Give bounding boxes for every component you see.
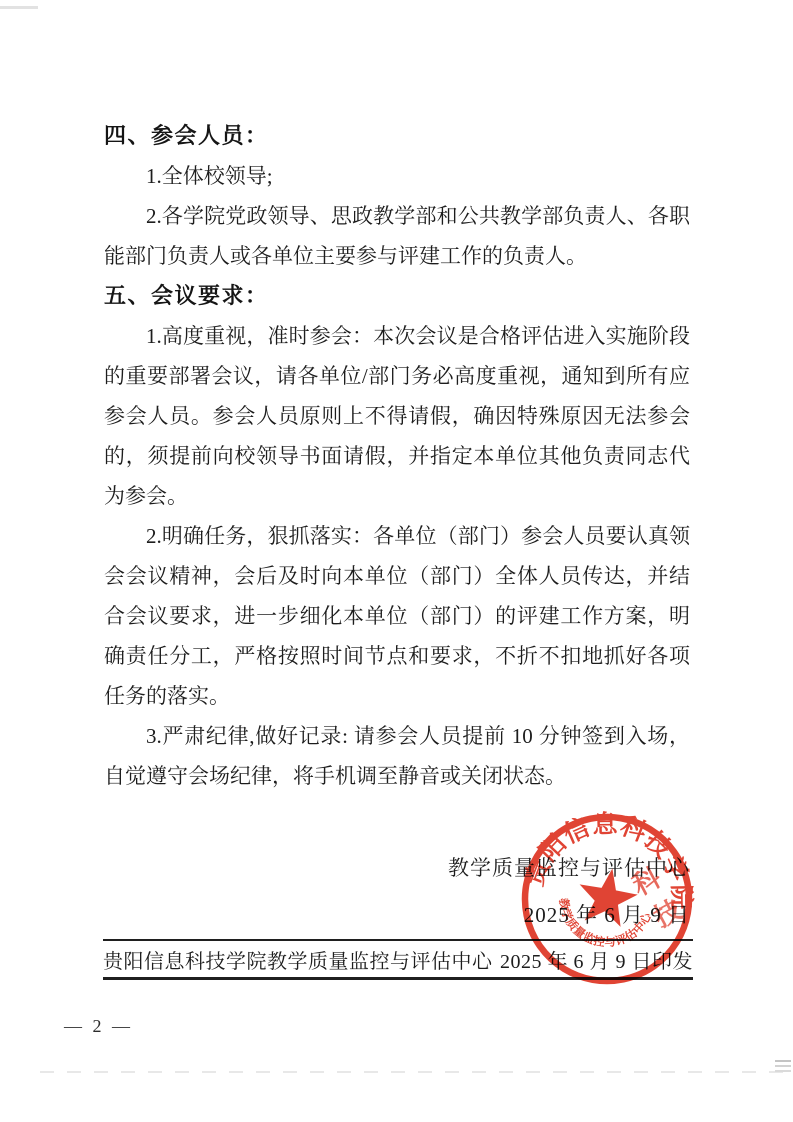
scan-artifact-right-marks [775, 1060, 791, 1062]
requirement-item-2: 2.明确任务，狠抓落实：各单位（部门）参会人员要认真领会会议精神，会后及时向本单… [104, 516, 690, 716]
section-heading-requirements: 五、会议要求： [104, 276, 690, 316]
scan-artifact-dotted-line [40, 1071, 790, 1073]
document-page: 四、参会人员： 1.全体校领导; 2.各学院党政领导、思政教学部和公共教学部负责… [0, 0, 793, 1122]
requirement-item-1: 1.高度重视，准时参会：本次会议是合格评估进入实施阶段的重要部署会议，请各单位/… [104, 316, 690, 516]
document-body: 四、参会人员： 1.全体校领导; 2.各学院党政领导、思政教学部和公共教学部负责… [104, 116, 690, 796]
official-seal: 贵阳信息科技学院 教学质量监控与评估中心 科 技 [512, 804, 702, 994]
colophon-issuer: 贵阳信息科技学院教学质量监控与评估中心 [103, 945, 493, 974]
section-heading-participants: 四、参会人员： [104, 116, 690, 156]
participants-item-2: 2.各学院党政领导、思政教学部和公共教学部负责人、各职能部门负责人或各单位主要参… [104, 196, 690, 276]
scan-artifact-top-smudge [0, 6, 38, 9]
participants-item-1: 1.全体校领导; [104, 156, 690, 196]
requirement-item-3: 3.严肃纪律,做好记录: 请参会人员提前 10 分钟签到入场，自觉遵守会场纪律，… [104, 716, 690, 796]
page-number: — 2 — [64, 1016, 133, 1037]
